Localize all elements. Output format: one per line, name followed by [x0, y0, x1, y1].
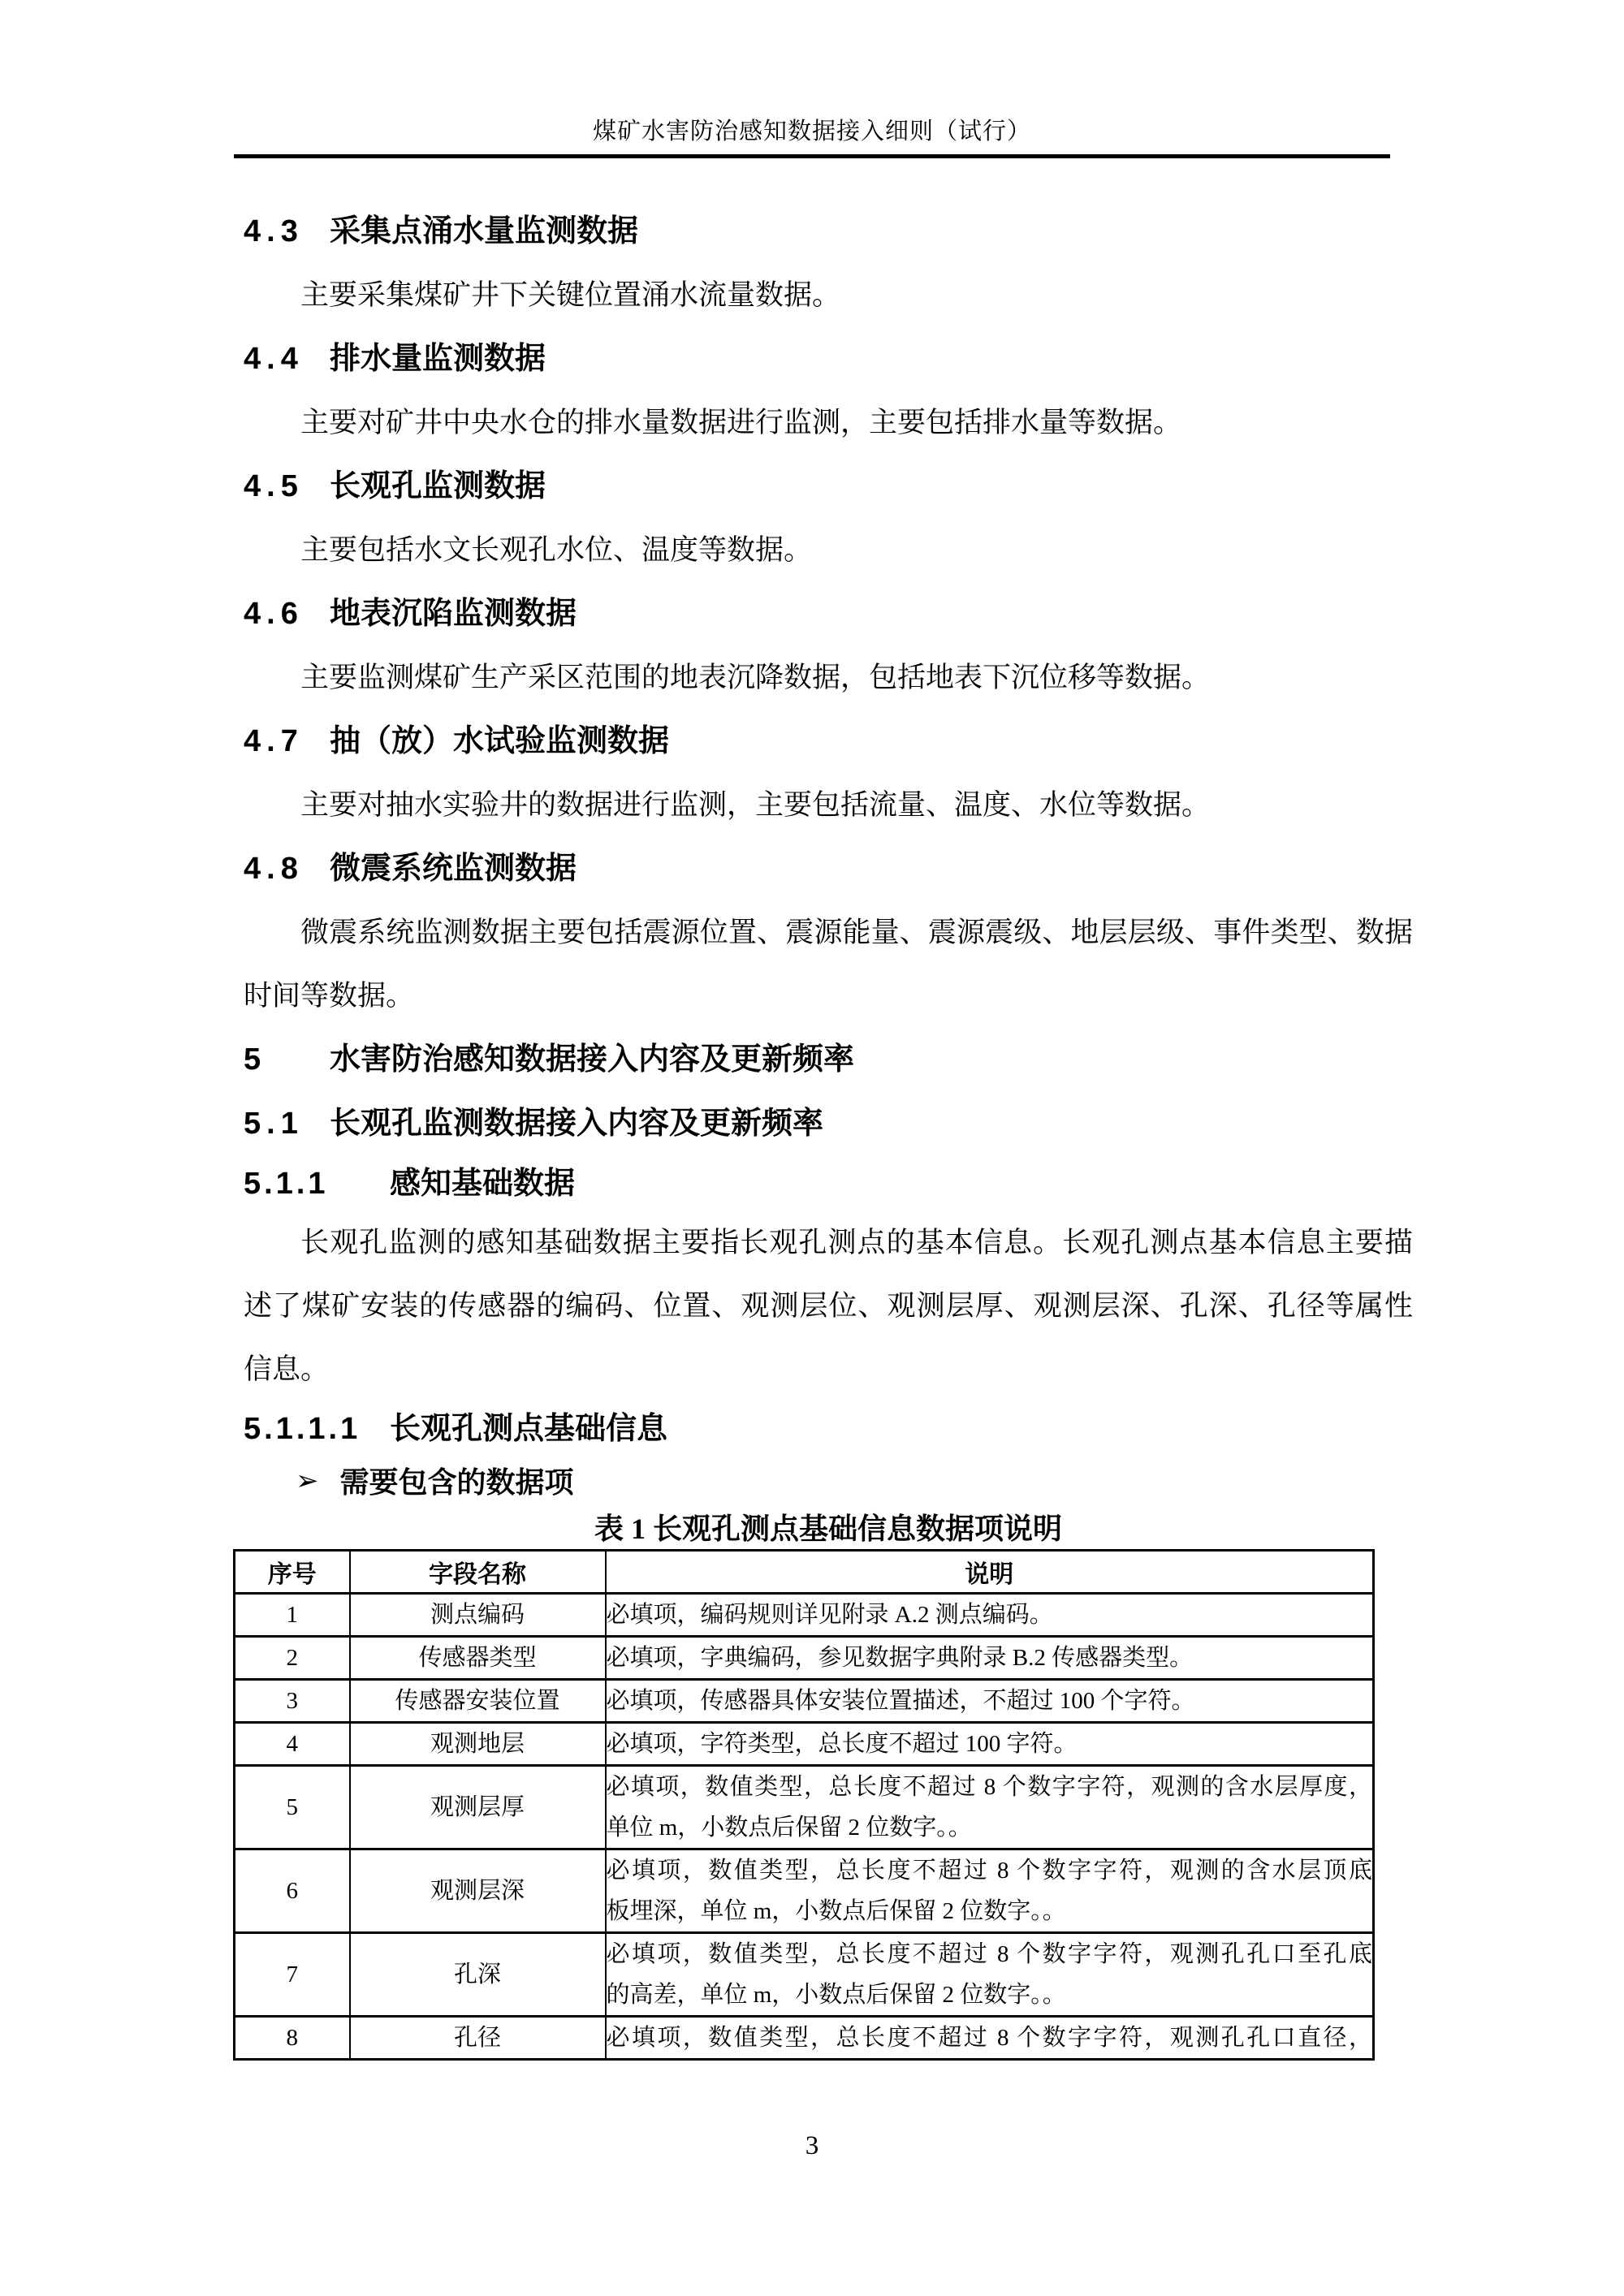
section-title: 水害防治感知数据接入内容及更新频率	[330, 1028, 854, 1092]
section-number: 5.1	[244, 1092, 330, 1156]
section-heading: 4.6地表沉陷监测数据	[244, 582, 1413, 646]
bullet-text: 需要包含的数据项	[340, 1457, 574, 1508]
section-heading: 4.7抽（放）水试验监测数据	[244, 710, 1413, 774]
column-header-description: 说明	[606, 1551, 1374, 1594]
cell-description-line: 必填项，传感器具体安装位置描述，不超过 100 个字符。	[607, 1681, 1373, 1721]
cell-description: 必填项，字符类型，总长度不超过 100 字符。	[606, 1723, 1374, 1766]
table-row: 2传感器类型必填项，字典编码，参见数据字典附录 B.2 传感器类型。	[235, 1637, 1374, 1680]
cell-description: 必填项，编码规则详见附录 A.2 测点编码。	[606, 1594, 1374, 1637]
table-header-row: 序号 字段名称 说明	[235, 1551, 1374, 1594]
paragraph-line: 主要包括水文长观孔水位、温度等数据。	[244, 519, 1413, 582]
section-heading: 5.1长观孔监测数据接入内容及更新频率	[244, 1092, 1413, 1156]
cell-index: 8	[235, 2017, 350, 2060]
section-number: 4.6	[244, 582, 330, 646]
cell-field-name: 孔深	[350, 1933, 606, 2017]
cell-description: 必填项，传感器具体安装位置描述，不超过 100 个字符。	[606, 1680, 1374, 1723]
cell-field-name: 测点编码	[350, 1594, 606, 1637]
cell-index: 3	[235, 1680, 350, 1723]
table-caption: 表 1 长观孔测点基础信息数据项说明	[244, 1508, 1413, 1549]
section-number: 5.1.1	[244, 1156, 390, 1211]
table-row: 6观测层深必填项，数值类型，总长度不超过 8 个数字字符，观测的含水层顶底板埋深…	[235, 1849, 1374, 1933]
cell-description-line: 必填项，编码规则详见附录 A.2 测点编码。	[607, 1595, 1373, 1635]
cell-description-line: 必填项，数值类型，总长度不超过 8 个数字字符，观测孔孔口直径，	[607, 2018, 1373, 2058]
cell-description-line: 必填项，数值类型，总长度不超过 8 个数字字符，观测的含水层顶底	[607, 1850, 1373, 1891]
cell-index: 6	[235, 1849, 350, 1933]
paragraph: 主要对矿井中央水仓的排水量数据进行监测，主要包括排水量等数据。	[244, 391, 1413, 455]
data-table: 序号 字段名称 说明 1测点编码必填项，编码规则详见附录 A.2 测点编码。2传…	[233, 1549, 1375, 2061]
paragraph-line: 主要对抽水实验井的数据进行监测，主要包括流量、温度、水位等数据。	[244, 774, 1413, 837]
section-number: 5	[244, 1028, 330, 1092]
paragraph-line: 时间等数据。	[244, 965, 1413, 1028]
section-heading: 5.1.1感知基础数据	[244, 1156, 1413, 1211]
section-title: 长观孔监测数据接入内容及更新频率	[330, 1092, 823, 1156]
cell-index: 1	[235, 1594, 350, 1637]
cell-description: 必填项，数值类型，总长度不超过 8 个数字字符，观测孔孔口至孔底的高差，单位 m…	[606, 1933, 1374, 2017]
bullet-item: ➢需要包含的数据项	[244, 1457, 1413, 1508]
paragraph-line: 主要对矿井中央水仓的排水量数据进行监测，主要包括排水量等数据。	[244, 391, 1413, 455]
cell-field-name: 孔径	[350, 2017, 606, 2060]
section-title: 地表沉陷监测数据	[330, 582, 577, 646]
paragraph-line: 信息。	[244, 1338, 1413, 1401]
table-row: 1测点编码必填项，编码规则详见附录 A.2 测点编码。	[235, 1594, 1374, 1637]
sections: 4.3采集点涌水量监测数据主要采集煤矿井下关键位置涌水流量数据。4.4排水量监测…	[244, 200, 1413, 1508]
cell-description-line: 必填项，数值类型，总长度不超过 8 个数字字符，观测的含水层厚度，	[607, 1767, 1373, 1807]
table-row: 5观测层厚必填项，数值类型，总长度不超过 8 个数字字符，观测的含水层厚度，单位…	[235, 1766, 1374, 1849]
table-row: 4观测地层必填项，字符类型，总长度不超过 100 字符。	[235, 1723, 1374, 1766]
paragraph-line: 主要监测煤矿生产采区范围的地表沉降数据，包括地表下沉位移等数据。	[244, 646, 1413, 710]
section-heading: 4.3采集点涌水量监测数据	[244, 200, 1413, 264]
table-row: 3传感器安装位置必填项，传感器具体安装位置描述，不超过 100 个字符。	[235, 1680, 1374, 1723]
section-heading: 5.1.1.1长观孔测点基础信息	[244, 1401, 1413, 1457]
page-number: 3	[0, 2126, 1624, 2166]
section-title: 感知基础数据	[390, 1156, 575, 1211]
cell-index: 5	[235, 1766, 350, 1849]
paragraph-line: 微震系统监测数据主要包括震源位置、震源能量、震源震级、地层层级、事件类型、数据	[244, 901, 1413, 965]
paragraph: 主要包括水文长观孔水位、温度等数据。	[244, 519, 1413, 582]
section-title: 排水量监测数据	[330, 327, 546, 391]
table-row: 8孔径必填项，数值类型，总长度不超过 8 个数字字符，观测孔孔口直径，	[235, 2017, 1374, 2060]
section-title: 长观孔监测数据	[330, 455, 546, 519]
page-header-title: 煤矿水害防治感知数据接入细则（试行）	[0, 0, 1624, 149]
section-title: 微震系统监测数据	[330, 837, 577, 901]
document-content: 4.3采集点涌水量监测数据主要采集煤矿井下关键位置涌水流量数据。4.4排水量监测…	[244, 200, 1413, 2061]
section-title: 长观孔测点基础信息	[390, 1401, 667, 1457]
cell-description-line: 板埋深，单位 m，小数点后保留 2 位数字。。	[607, 1891, 1373, 1931]
section-number: 5.1.1.1	[244, 1401, 390, 1457]
cell-description-line: 的高差，单位 m，小数点后保留 2 位数字。。	[607, 1974, 1373, 2015]
cell-description: 必填项，字典编码，参见数据字典附录 B.2 传感器类型。	[606, 1637, 1374, 1680]
cell-index: 7	[235, 1933, 350, 2017]
cell-description-line: 必填项，字典编码，参见数据字典附录 B.2 传感器类型。	[607, 1638, 1373, 1678]
section-heading: 5水害防治感知数据接入内容及更新频率	[244, 1028, 1413, 1092]
cell-index: 2	[235, 1637, 350, 1680]
section-number: 4.5	[244, 455, 330, 519]
column-header-index: 序号	[235, 1551, 350, 1594]
cell-field-name: 观测地层	[350, 1723, 606, 1766]
cell-field-name: 观测层厚	[350, 1766, 606, 1849]
section-title: 抽（放）水试验监测数据	[330, 710, 669, 774]
paragraph: 主要监测煤矿生产采区范围的地表沉降数据，包括地表下沉位移等数据。	[244, 646, 1413, 710]
paragraph: 主要采集煤矿井下关键位置涌水流量数据。	[244, 264, 1413, 327]
table-row: 7孔深必填项，数值类型，总长度不超过 8 个数字字符，观测孔孔口至孔底的高差，单…	[235, 1933, 1374, 2017]
cell-index: 4	[235, 1723, 350, 1766]
cell-description-line: 单位 m，小数点后保留 2 位数字。。	[607, 1807, 1373, 1848]
paragraph-line: 长观孔监测的感知基础数据主要指长观孔测点的基本信息。长观孔测点基本信息主要描	[244, 1211, 1413, 1275]
cell-field-name: 观测层深	[350, 1849, 606, 1933]
cell-description: 必填项，数值类型，总长度不超过 8 个数字字符，观测的含水层顶底板埋深，单位 m…	[606, 1849, 1374, 1933]
section-number: 4.4	[244, 327, 330, 391]
cell-field-name: 传感器类型	[350, 1637, 606, 1680]
paragraph: 长观孔监测的感知基础数据主要指长观孔测点的基本信息。长观孔测点基本信息主要描述了…	[244, 1211, 1413, 1401]
paragraph: 主要对抽水实验井的数据进行监测，主要包括流量、温度、水位等数据。	[244, 774, 1413, 837]
paragraph-line: 主要采集煤矿井下关键位置涌水流量数据。	[244, 264, 1413, 327]
cell-description: 必填项，数值类型，总长度不超过 8 个数字字符，观测孔孔口直径，	[606, 2017, 1374, 2060]
cell-description-line: 必填项，数值类型，总长度不超过 8 个数字字符，观测孔孔口至孔底	[607, 1934, 1373, 1974]
section-title: 采集点涌水量监测数据	[330, 200, 638, 264]
section-number: 4.3	[244, 200, 330, 264]
arrow-bullet-icon: ➢	[296, 1455, 319, 1507]
section-number: 4.8	[244, 837, 330, 901]
header-rule	[234, 154, 1390, 158]
section-heading: 4.5长观孔监测数据	[244, 455, 1413, 519]
section-heading: 4.8微震系统监测数据	[244, 837, 1413, 901]
paragraph: 微震系统监测数据主要包括震源位置、震源能量、震源震级、地层层级、事件类型、数据时…	[244, 901, 1413, 1028]
column-header-field-name: 字段名称	[350, 1551, 606, 1594]
cell-description-line: 必填项，字符类型，总长度不超过 100 字符。	[607, 1724, 1373, 1764]
paragraph-line: 述了煤矿安装的传感器的编码、位置、观测层位、观测层厚、观测层深、孔深、孔径等属性	[244, 1275, 1413, 1338]
section-number: 4.7	[244, 710, 330, 774]
cell-description: 必填项，数值类型，总长度不超过 8 个数字字符，观测的含水层厚度，单位 m，小数…	[606, 1766, 1374, 1849]
section-heading: 4.4排水量监测数据	[244, 327, 1413, 391]
document-page: 煤矿水害防治感知数据接入细则（试行） 4.3采集点涌水量监测数据主要采集煤矿井下…	[0, 0, 1624, 2296]
cell-field-name: 传感器安装位置	[350, 1680, 606, 1723]
